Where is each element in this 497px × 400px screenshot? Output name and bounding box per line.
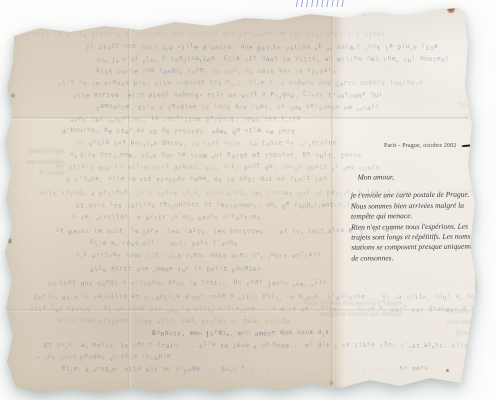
bleedthrough-line: ellierbmo enu bbox=[0, 157, 64, 168]
bleedthrough-line: euqarP bbox=[414, 100, 478, 111]
letter-paper: niard el snadellierbmo enuysiohC ÀeugarP… bbox=[0, 0, 497, 400]
typed-line: Enfin, elle se réveille et s'habille d'u… bbox=[34, 293, 488, 301]
paper-stain bbox=[329, 381, 334, 385]
typed-line: Un chat qui mange a entendu, dans la let… bbox=[48, 279, 331, 287]
ink-bleedthrough: euqarPsirap bbox=[414, 100, 478, 122]
paper-stain bbox=[7, 238, 12, 244]
typed-line: à l'aube, elle en est frappée comme de l… bbox=[66, 175, 327, 183]
note-line: je t'envoie une carte postale de Prague. bbox=[351, 190, 497, 202]
note-text-block: Mon amour,je t'envoie une carte postale … bbox=[351, 171, 497, 264]
note-line: stations se composent presque uniquement bbox=[351, 242, 497, 254]
paper-stain bbox=[447, 4, 455, 14]
note-line: trajets sont longs et répétitifs. Les no… bbox=[351, 231, 497, 243]
typed-line: elle lui disait : il ne faut pas que la … bbox=[30, 305, 497, 313]
note-line: Mon amour, bbox=[358, 171, 497, 183]
typed-line: Et puis, au matin, le petit train..., el… bbox=[44, 341, 497, 349]
airplane-icon bbox=[460, 142, 482, 150]
dateline-text: Paris - Prague, octobre 2002 bbox=[384, 143, 457, 149]
note-line: Nous sommes bien arrivées malgré la bbox=[351, 200, 497, 212]
typed-line: commence. Elle s'imagine le long des rue… bbox=[96, 103, 380, 111]
typed-line: et plus personne, rien que le tram qui p… bbox=[70, 151, 361, 159]
typed-line: avec ses chapelles, la confusion partout… bbox=[70, 115, 301, 123]
bleedthrough-line: ysiohC À bbox=[0, 168, 64, 179]
typed-line: elle ne se presse pas, elle regarde les … bbox=[58, 79, 423, 87]
bleedthrough-line: ruoma nom bbox=[366, 317, 478, 328]
typed-line: d'heures, de pierres et de regards. Même… bbox=[62, 127, 295, 135]
note-dateline: Paris - Prague, octobre 2002 bbox=[384, 142, 482, 150]
photo-canvas: niard el snadellierbmo enuysiohC ÀeugarP… bbox=[0, 0, 497, 400]
paper-shadow: niard el snadellierbmo enuysiohC ÀeugarP… bbox=[0, 0, 497, 400]
typed-line: Il était une fois une ville d'encre, une… bbox=[86, 43, 438, 51]
typed-line: Et puis les lettres reviennent et revien… bbox=[76, 201, 359, 209]
bleedthrough-line: riosnoB bbox=[366, 328, 478, 339]
ink-bleedthrough: niard el snadellierbmo enuysiohC À bbox=[0, 146, 64, 179]
typed-line: elle vous propose, chez elle, mais plutô… bbox=[58, 317, 290, 325]
note-line: Rien n'est comme nous l'espérions. Les bbox=[351, 221, 497, 233]
note-line: tempête qui menace. bbox=[351, 211, 497, 223]
typed-line: Bonsoir, mon jardin, mon amour que vous … bbox=[152, 329, 329, 337]
typed-line: à ses oreilles, n'avoir qu'une seule dir… bbox=[72, 213, 261, 221]
typed-line: Et parmi la nuit, la gare, les rails, le… bbox=[56, 227, 394, 235]
typed-line: on dirait que la ville dort debout. Elle… bbox=[56, 163, 380, 171]
paper-stain bbox=[446, 369, 449, 372]
typed-line: Elle en rêverait... oui, mais l'aube bbox=[90, 239, 238, 247]
bleedthrough-line: sirap bbox=[414, 111, 478, 122]
typed-line: est arrivée trop tôt, sans rien, mais av… bbox=[76, 251, 321, 259]
typed-line: Elle porte une longue robe, un pont de b… bbox=[96, 67, 336, 75]
paper-stain bbox=[11, 93, 15, 98]
typed-line: elle écrit une pomme sur le petit pommie… bbox=[90, 265, 265, 273]
paper-stain bbox=[40, 13, 45, 17]
typed-line: Elle arrive, elle pleut dehors, elle se … bbox=[74, 91, 383, 99]
typed-line: — des mots perdus qu'elle recopie. bbox=[36, 353, 175, 361]
typed-line: et voilà les petites gares, le café noir… bbox=[76, 139, 337, 147]
typed-line: et puis la ville entière se souvient des… bbox=[20, 30, 385, 38]
typed-line: Elle, à Prague, elle est un voyage ... S… bbox=[62, 365, 433, 373]
bleedthrough-line: niard el snad bbox=[0, 146, 64, 157]
paper-stain bbox=[362, 11, 366, 15]
note-line: de consonnes. bbox=[351, 252, 497, 264]
typed-line: que je n'ai plus d'imagination. Elle vit… bbox=[96, 55, 449, 63]
